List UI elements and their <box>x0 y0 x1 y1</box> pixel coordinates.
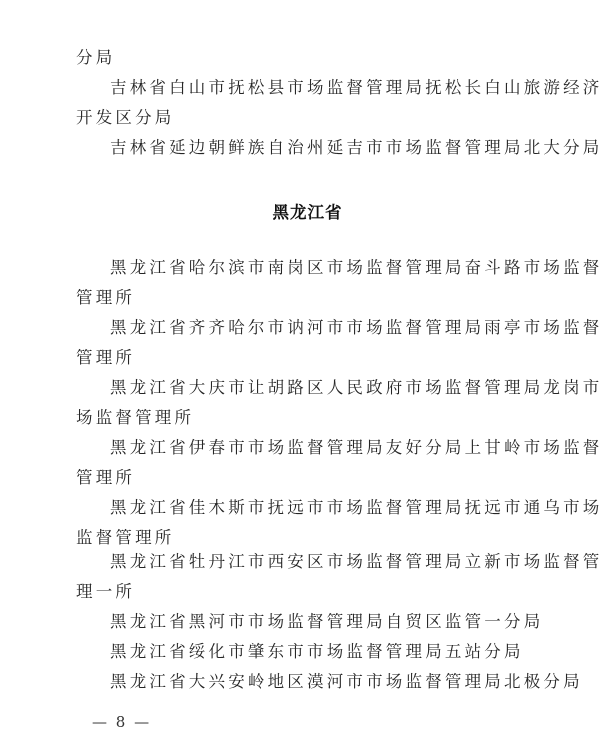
page-number: — 8 — <box>92 713 151 731</box>
text-line: 分局 <box>76 48 115 68</box>
text-line: 黑龙江省大兴安岭地区漠河市市场监督管理局北极分局 <box>110 672 583 692</box>
text-line: 理一所 <box>76 582 135 602</box>
text-line: 管理所 <box>76 348 135 368</box>
text-line: 管理所 <box>76 468 135 488</box>
section-heading: 黑龙江省 <box>0 199 615 223</box>
text-line: 黑龙江省佳木斯市抚远市市场监督管理局抚远市通乌市场 <box>110 498 603 518</box>
text-line: 黑龙江省大庆市让胡路区人民政府市场监督管理局龙岗市 <box>110 378 603 398</box>
text-line: 管理所 <box>76 288 135 308</box>
text-line: 吉林省白山市抚松县市场监督管理局抚松长白山旅游经济 <box>110 78 603 98</box>
text-line: 吉林省延边朝鲜族自治州延吉市市场监督管理局北大分局 <box>110 138 603 158</box>
text-line: 监督管理所 <box>76 528 175 548</box>
document-page: 分局 吉林省白山市抚松县市场监督管理局抚松长白山旅游经济 开发区分局 吉林省延边… <box>0 0 615 738</box>
text-line: 开发区分局 <box>76 108 175 128</box>
text-line: 黑龙江省黑河市市场监督管理局自贸区监管一分局 <box>110 612 543 632</box>
text-line: 黑龙江省哈尔滨市南岗区市场监督管理局奋斗路市场监督 <box>110 258 603 278</box>
text-line: 黑龙江省牡丹江市西安区市场监督管理局立新市场监督管 <box>110 552 603 572</box>
text-line: 黑龙江省绥化市肇东市市场监督管理局五站分局 <box>110 642 524 662</box>
text-line: 场监督管理所 <box>76 408 194 428</box>
text-line: 黑龙江省齐齐哈尔市讷河市市场监督管理局雨亭市场监督 <box>110 318 603 338</box>
text-line: 黑龙江省伊春市市场监督管理局友好分局上甘岭市场监督 <box>110 438 603 458</box>
